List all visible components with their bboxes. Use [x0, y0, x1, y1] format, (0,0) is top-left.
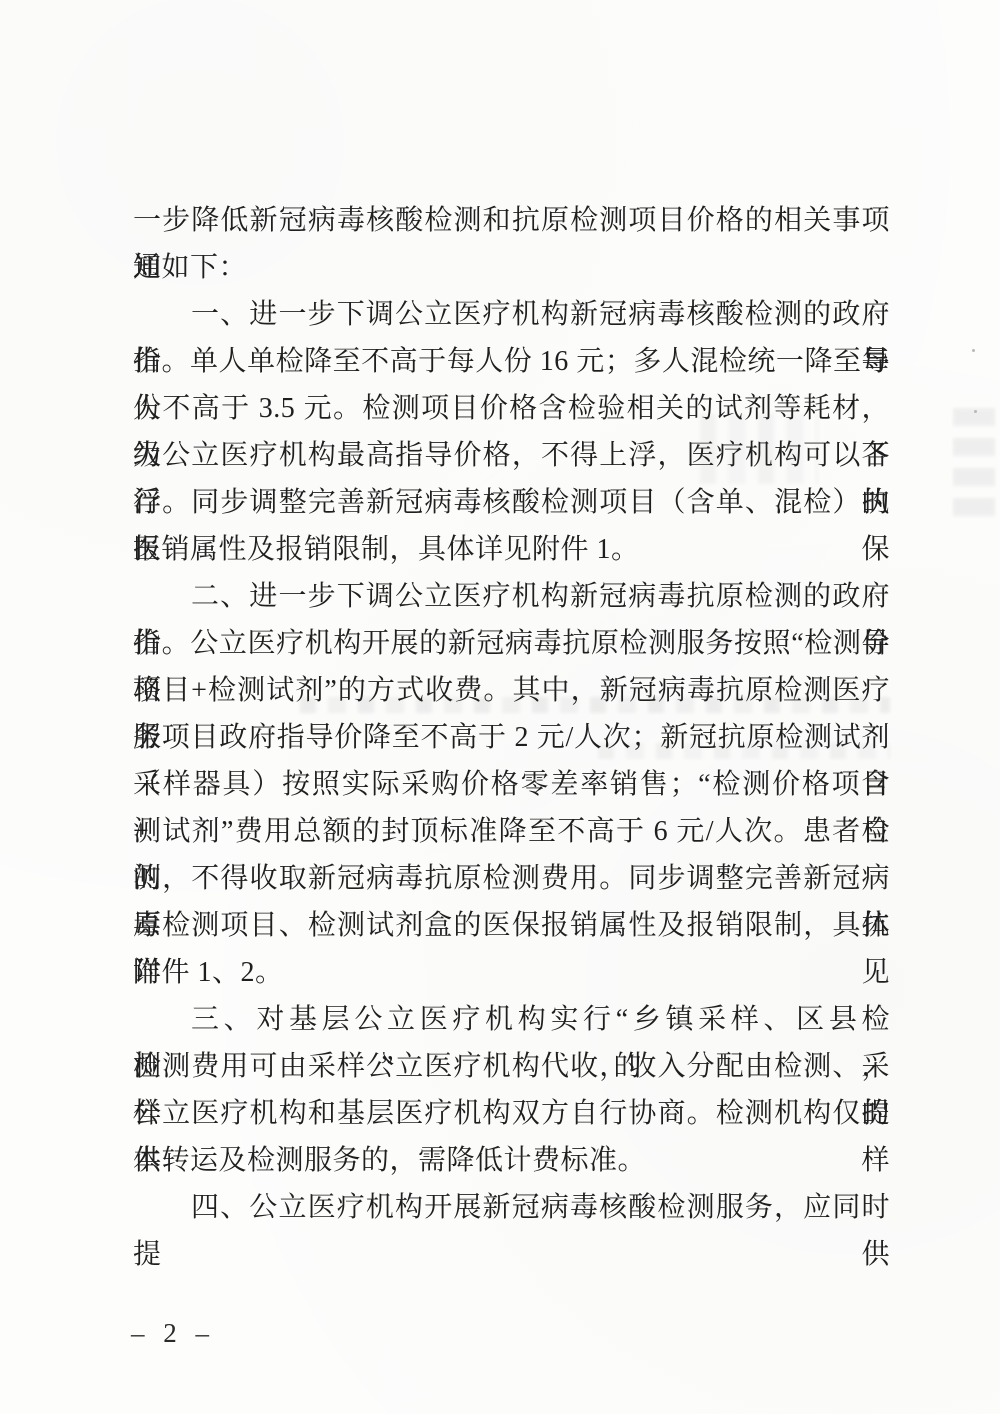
text-line: 四、公立医疗机构开展新冠病毒核酸检测服务，应同时提供 — [133, 1184, 890, 1231]
scan-speck — [974, 410, 977, 413]
text-line: 检测费用可由采样公立医疗机构代收，收入分配由检测、采样的 — [133, 1043, 890, 1090]
text-line: 采样器具）按照实际采购价格零差率销售；“检测价格项目+检 — [133, 761, 890, 808]
text-line: 份不高于 3.5 元。检测项目价格含检验相关的试剂等耗材，为各 — [133, 385, 890, 432]
scan-speck — [972, 349, 975, 352]
page-number: – 2 – — [131, 1318, 215, 1349]
text-line: 原检测项目、检测试剂盒的医保报销属性及报销限制，具体详见 — [133, 902, 890, 949]
text-line: 一、进一步下调公立医疗机构新冠病毒核酸检测的政府指导 — [133, 291, 890, 338]
bleedthrough-artifact — [953, 408, 995, 526]
text-line: 项目+检测试剂”的方式收费。其中，新冠病毒抗原检测医疗服 — [133, 667, 890, 714]
text-line: 价。公立医疗机构开展的新冠病毒抗原检测服务按照“检测价格 — [133, 620, 890, 667]
text-line: 价。单人单检降至不高于每人份 16 元；多人混检统一降至每人 — [133, 338, 890, 385]
text-line: 务项目政府指导价降至不高于 2 元/人次；新冠抗原检测试剂（含 — [133, 714, 890, 761]
text-line: 知如下： — [133, 244, 890, 291]
text-line: 的，不得收取新冠病毒抗原检测费用。同步调整完善新冠病毒抗 — [133, 855, 890, 902]
text-line: 三、对基层公立医疗机构实行“乡镇采样、区县检测”的， — [133, 996, 890, 1043]
text-line: 一步降低新冠病毒核酸检测和抗原检测项目价格的相关事项通 — [133, 197, 890, 244]
text-line: 二、进一步下调公立医疗机构新冠病毒抗原检测的政府指导 — [133, 573, 890, 620]
text-line: 测试剂”费用总额的封顶标准降至不高于 6 元/人次。患者自测 — [133, 808, 890, 855]
text-line: 级公立医疗机构最高指导价格，不得上浮，医疗机构可以下浮执 — [133, 432, 890, 479]
document-text: 一步降低新冠病毒核酸检测和抗原检测项目价格的相关事项通知如下：一、进一步下调公立… — [133, 197, 890, 1231]
text-line: 公立医疗机构和基层医疗机构双方自行协商。检测机构仅提供样 — [133, 1090, 890, 1137]
text-line: 行。同步调整完善新冠病毒核酸检测项目（含单、混检）的医保 — [133, 479, 890, 526]
document-page: 一步降低新冠病毒核酸检测和抗原检测项目价格的相关事项通知如下：一、进一步下调公立… — [0, 0, 1000, 1414]
